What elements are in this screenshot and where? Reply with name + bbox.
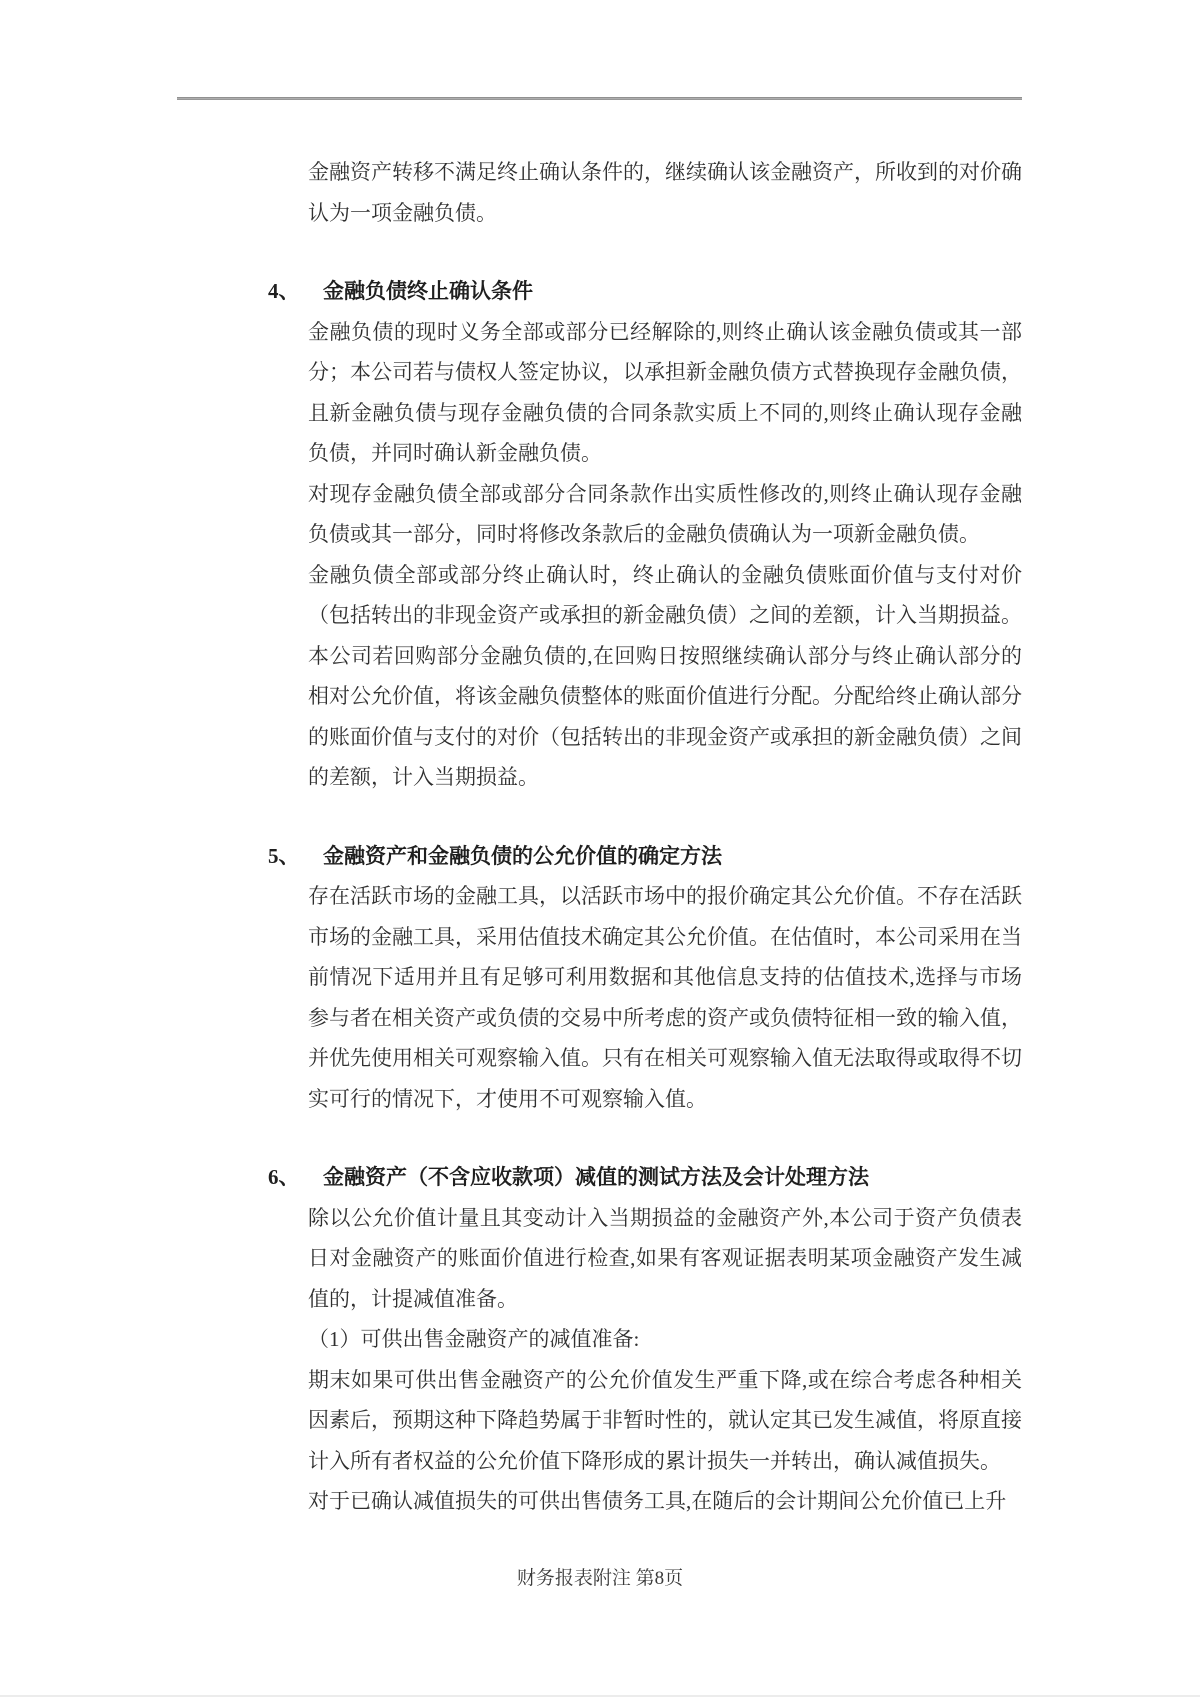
section-4-paragraph-1: 金融负债的现时义务全部或部分已经解除的,则终止确认该金融负债或其一部分；本公司若… [308,312,1022,474]
section-6-number: 6、 [268,1157,323,1198]
section-6-paragraph-2: （1）可供出售金融资产的减值准备: [308,1319,1022,1360]
section-5-number: 5、 [268,836,323,877]
section-6-heading: 6、 金融资产（不含应收款项）减值的测试方法及会计处理方法 [268,1157,1022,1198]
section-6-paragraph-4: 对于已确认减值损失的可供出售债务工具,在随后的会计期间公允价值已上升 [308,1481,1022,1522]
page-content: 金融资产转移不满足终止确认条件的，继续确认该金融资产，所收到的对价确认为一项金融… [268,152,1022,1522]
section-5-paragraph-1: 存在活跃市场的金融工具，以活跃市场中的报价确定其公允价值。不存在活跃市场的金融工… [308,876,1022,1119]
intro-paragraph: 金融资产转移不满足终止确认条件的，继续确认该金融资产，所收到的对价确认为一项金融… [308,152,1022,233]
section-4-paragraph-3: 金融负债全部或部分终止确认时，终止确认的金融负债账面价值与支付对价（包括转出的非… [308,555,1022,798]
section-6-paragraph-1: 除以公允价值计量且其变动计入当期损益的金融资产外,本公司于资产负债表日对金融资产… [308,1198,1022,1320]
section-4-paragraph-2: 对现存金融负债全部或部分合同条款作出实质性修改的,则终止确认现存金融负债或其一部… [308,474,1022,555]
section-4-title: 金融负债终止确认条件 [323,271,1022,312]
section-5-title: 金融资产和金融负债的公允价值的确定方法 [323,836,1022,877]
header-rule [177,97,1022,100]
section-6-title: 金融资产（不含应收款项）减值的测试方法及会计处理方法 [323,1157,1022,1198]
page-footer: 财务报表附注 第8页 [0,1559,1200,1599]
section-6-paragraph-3: 期末如果可供出售金融资产的公允价值发生严重下降,或在综合考虑各种相关因素后，预期… [308,1360,1022,1482]
document-page: 金融资产转移不满足终止确认条件的，继续确认该金融资产，所收到的对价确认为一项金融… [0,0,1200,1697]
section-5-heading: 5、 金融资产和金融负债的公允价值的确定方法 [268,836,1022,877]
section-4-number: 4、 [268,271,323,312]
section-4-heading: 4、 金融负债终止确认条件 [268,271,1022,312]
